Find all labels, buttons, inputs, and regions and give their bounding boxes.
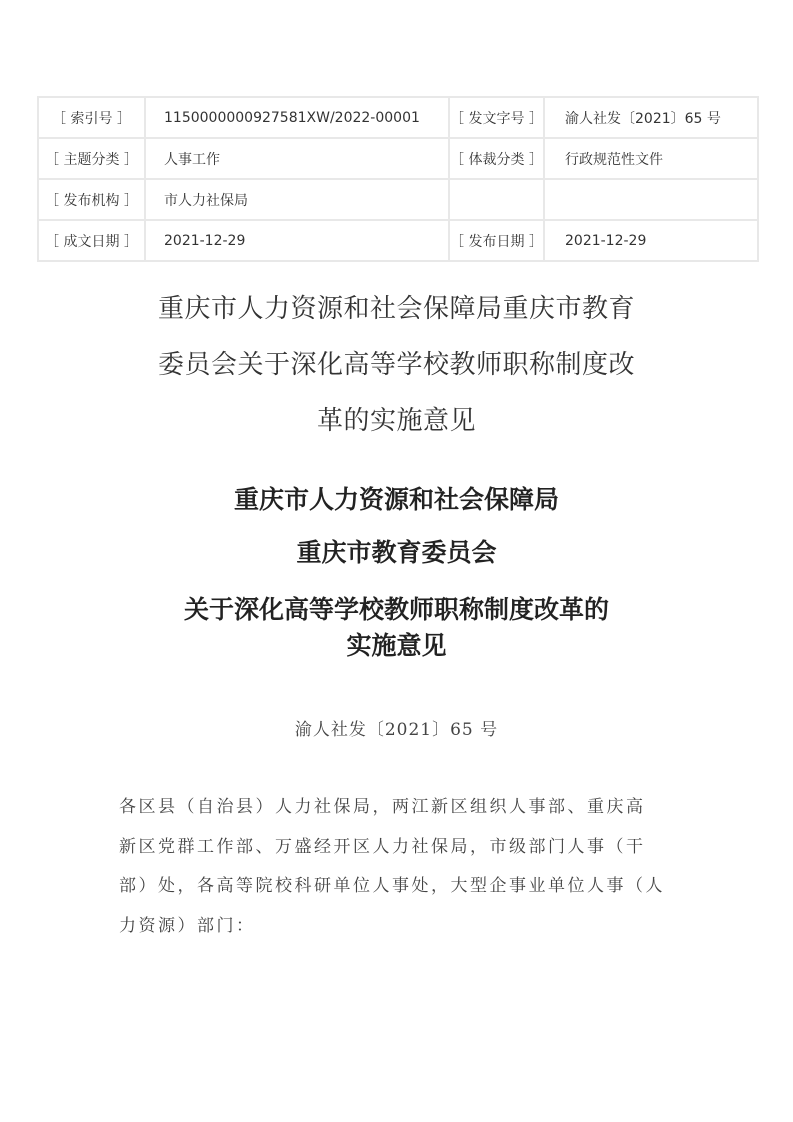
page-title-line: 重庆市人力资源和社会保障局重庆市教育	[90, 281, 703, 337]
doc-number-value: 渝人社发〔2021〕65 号	[544, 97, 758, 138]
salutation-line: 各区县（自治县）人力社保局，两江新区组织人事部、重庆高	[119, 788, 691, 828]
written-date-value: 2021-12-29	[145, 220, 449, 261]
metadata-row-index-number: ［ 索引号 ］ 11500000009275​81XW/2022-00001 ［…	[38, 97, 758, 138]
salutation-paragraph: 各区县（自治县）人力社保局，两江新区组织人事部、重庆高 新区党群工作部、万盛经开…	[119, 788, 691, 946]
salutation-line: 新区党群工作部、万盛经开区人力社保局，市级部门人事（干	[119, 828, 691, 868]
document-number: 渝人社发〔2021〕65 号	[90, 715, 703, 740]
metadata-row-issuer: ［ 发布机构 ］ 市人力社保局	[38, 179, 758, 220]
empty-cell	[544, 179, 758, 220]
issuing-agency-label: ［ 发布机构 ］	[38, 179, 145, 220]
genre-category-value: 行政规范性文件	[544, 138, 758, 179]
index-number-value: 11500000009275​81XW/2022-00001	[145, 97, 449, 138]
issuer-heading-education: 重庆市教育委员会	[90, 533, 703, 569]
empty-cell	[449, 179, 544, 220]
page-title: 重庆市人力资源和社会保障局重庆市教育 委员会关于深化高等学校教师职称制度改 革的…	[90, 281, 703, 449]
issuer-heading-hrss: 重庆市人力资源和社会保障局	[90, 480, 703, 516]
document-title-line: 关于深化高等学校教师职称制度改革的	[90, 592, 703, 628]
metadata-row-topic: ［ 主题分类 ］ 人事工作 ［ 体裁分类 ］ 行政规范性文件	[38, 138, 758, 179]
index-number-label: ［ 索引号 ］	[38, 97, 145, 138]
document-metadata-table: ［ 索引号 ］ 11500000009275​81XW/2022-00001 ［…	[37, 96, 759, 262]
salutation-line: 部）处，各高等院校科研单位人事处，大型企事业单位人事（人	[119, 867, 691, 907]
topic-category-label: ［ 主题分类 ］	[38, 138, 145, 179]
topic-category-value: 人事工作	[145, 138, 449, 179]
metadata-row-dates: ［ 成文日期 ］ 2021-12-29 ［ 发布日期 ］ 2021-12-29	[38, 220, 758, 261]
genre-category-label: ［ 体裁分类 ］	[449, 138, 544, 179]
salutation-line: 力资源）部门：	[119, 907, 691, 947]
issuing-agency-value: 市人力社保局	[145, 179, 449, 220]
publish-date-label: ［ 发布日期 ］	[449, 220, 544, 261]
written-date-label: ［ 成文日期 ］	[38, 220, 145, 261]
page-title-line: 革的实施意见	[90, 393, 703, 449]
publish-date-value: 2021-12-29	[544, 220, 758, 261]
document-title: 关于深化高等学校教师职称制度改革的 实施意见	[90, 592, 703, 664]
document-title-line: 实施意见	[90, 628, 703, 664]
doc-number-label: ［ 发文字号 ］	[449, 97, 544, 138]
page-title-line: 委员会关于深化高等学校教师职称制度改	[90, 337, 703, 393]
